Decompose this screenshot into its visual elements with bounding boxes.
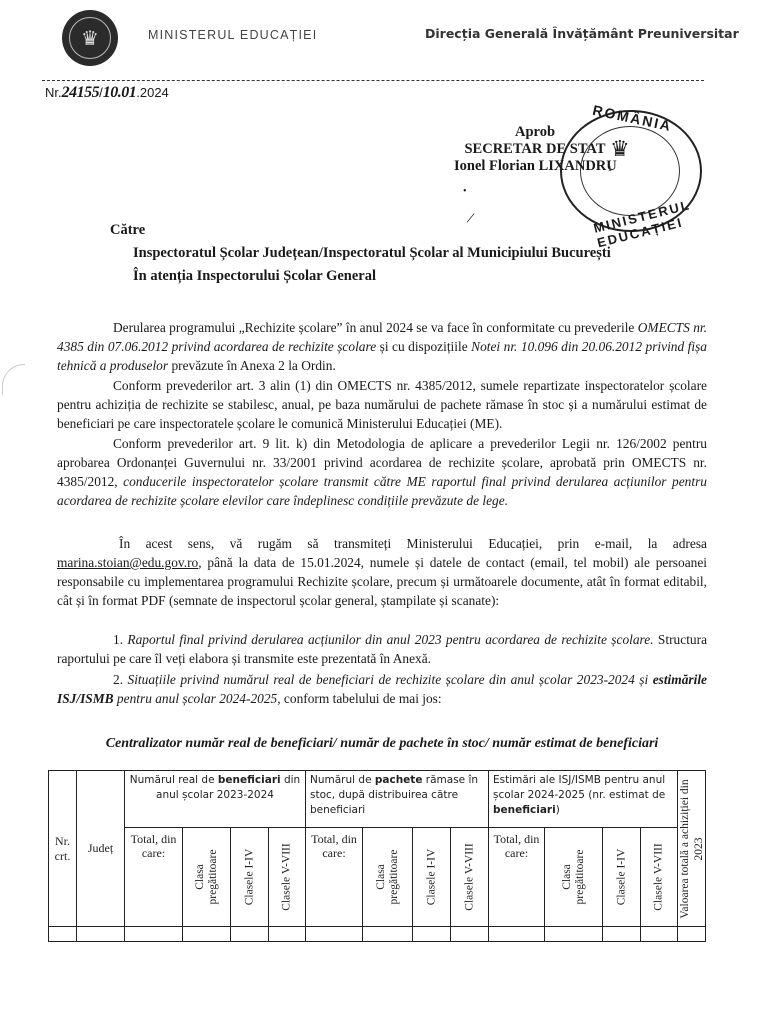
g2-post: ): [556, 804, 560, 816]
approval-name: Ionel Florian LIXANDRU: [454, 158, 630, 175]
reg-prefix: Nr.: [45, 85, 62, 100]
approval-title: SECRETAR DE STAT: [440, 141, 630, 158]
item2-title-2: pentru anul școlar 2024-2025: [114, 691, 278, 706]
sub-gymnasium-1: Clasele V-VIII: [269, 828, 306, 927]
sub-prep-1: Clasa pregătitoare: [183, 828, 231, 927]
sub-prep-2: Clasa pregătitoare: [363, 828, 413, 927]
directorate-name: Direcția Generală Învățământ Preuniversi…: [425, 26, 739, 41]
item2-text: , conform tabelului de mai jos:: [277, 691, 441, 706]
table-cell: [678, 927, 706, 942]
header-judet: Județ: [77, 771, 125, 927]
table-cell: [363, 927, 413, 942]
p1-text-2: și cu dispozițiile: [376, 339, 471, 354]
addressee-label: Către: [110, 222, 145, 239]
table-cell: [49, 927, 77, 942]
table-cell: [183, 927, 231, 942]
item2-number: 2.: [113, 672, 128, 687]
g1-pre: Numărul de: [310, 774, 375, 786]
sub-primary-1: Clasele I-IV: [231, 828, 269, 927]
g2-pre: Estimări ale ISJ/ISMB pentru anul școlar…: [493, 774, 665, 801]
sub-primary-2-label: Clasele I-IV: [425, 849, 438, 906]
header-divider: [42, 80, 704, 81]
paragraph-2: Conform prevederilor art. 3 alin (1) din…: [57, 376, 707, 433]
table-cell: [125, 927, 183, 942]
reg-number: 24155: [62, 84, 100, 101]
eagle-icon: ♛: [69, 17, 111, 59]
header-total-value: Valoarea totală a achiziției din 2023: [678, 771, 706, 927]
registration-number: Nr.24155/10.01.2024: [45, 84, 169, 102]
table-cell: [269, 927, 306, 942]
table-cell: [77, 927, 125, 942]
paragraph-1: Derularea programului „Rechizite școlare…: [57, 318, 707, 375]
table-header-row-2: Total, din care: Clasa pregătitoare Clas…: [49, 828, 706, 927]
item1-title: Raportul final privind derularea acțiuni…: [127, 632, 653, 647]
table-cell: [413, 927, 451, 942]
sub-total-1: Total, din care:: [125, 828, 183, 927]
item1-number: 1.: [113, 632, 127, 647]
sub-prep-2-label: Clasa pregătitoare: [375, 842, 401, 912]
total-value-label: Valoarea totală a achiziției din 2023: [678, 779, 706, 919]
sub-total-3: Total, din care:: [489, 828, 545, 927]
header-nr: Nr. crt.: [49, 771, 77, 927]
list-item-2: 2. Situațiile privind numărul real de be…: [57, 670, 707, 708]
sub-gymnasium-1-label: Clasele V-VIII: [281, 843, 294, 910]
table-title: Centralizator număr real de beneficiari/…: [57, 736, 707, 752]
punch-hole-mark: [2, 364, 25, 395]
table-cell: [451, 927, 489, 942]
sub-prep-1-label: Clasa pregătitoare: [194, 842, 220, 912]
sub-prep-3-label: Clasa pregătitoare: [561, 842, 587, 912]
p4-text: În acest sens, vă rugăm să transmiteți M…: [119, 536, 707, 551]
table-header-row-1: Nr. crt. Județ Numărul real de beneficia…: [49, 771, 706, 828]
p1-text: Derularea programului „Rechizite școlare…: [113, 320, 638, 335]
government-emblem: ♛: [62, 10, 118, 66]
item2-title: Situațiile privind numărul real de benef…: [128, 672, 653, 687]
sub-prep-3: Clasa pregătitoare: [545, 828, 603, 927]
sub-gymnasium-3-label: Clasele V-VIII: [653, 843, 666, 910]
g2-bold: beneficiari: [493, 804, 556, 816]
approval-block: Aprob SECRETAR DE STAT Ionel Florian LIX…: [440, 124, 630, 175]
table-cell: [641, 927, 678, 942]
g1-bold: pachete: [375, 774, 423, 786]
ink-mark: •: [463, 186, 467, 197]
recipient: Inspectoratul Școlar Județean/Inspectora…: [133, 245, 611, 262]
header-group-estimates: Estimări ale ISJ/ISMB pentru anul școlar…: [489, 771, 678, 828]
table-row: [49, 927, 706, 942]
sub-primary-3: Clasele I-IV: [603, 828, 641, 927]
g0-bold: beneficiari: [218, 774, 281, 786]
centralizer-table: Nr. crt. Județ Numărul real de beneficia…: [48, 770, 706, 942]
table-cell: [306, 927, 363, 942]
table-cell: [231, 927, 269, 942]
list-item-1: 1. Raportul final privind derularea acți…: [57, 630, 707, 668]
table-cell: [545, 927, 603, 942]
ministry-name: MINISTERUL EDUCAȚIEI: [148, 28, 317, 42]
header-group-beneficiaries: Numărul real de beneficiari din anul șco…: [125, 771, 306, 828]
sub-primary-2: Clasele I-IV: [413, 828, 451, 927]
sub-primary-3-label: Clasele I-IV: [615, 849, 628, 906]
header-group-packages: Numărul de pachete rămase în stoc, după …: [306, 771, 489, 828]
table-body: [49, 927, 706, 942]
sub-gymnasium-2: Clasele V-VIII: [451, 828, 489, 927]
p3-italic-text: conducerile inspectoratelor școlare tran…: [57, 474, 707, 508]
signature-stroke: /: [465, 210, 475, 228]
email-link[interactable]: marina.stoian@edu.gov.ro: [57, 555, 198, 570]
sub-gymnasium-2-label: Clasele V-VIII: [463, 843, 476, 910]
p1-text-3: prevăzute în Anexa 2 la Ordin.: [168, 358, 336, 373]
sub-total-2: Total, din care:: [306, 828, 363, 927]
sub-primary-1-label: Clasele I-IV: [243, 849, 256, 906]
attention-line: În atenția Inspectorului Școlar General: [133, 268, 376, 285]
approval-label: Aprob: [440, 124, 630, 141]
paragraph-4: În acest sens, vă rugăm să transmiteți M…: [57, 534, 707, 610]
reg-date: 10.01: [103, 84, 137, 101]
paragraph-3: Conform prevederilor art. 9 lit. k) din …: [57, 434, 707, 510]
reg-year: .2024: [136, 85, 169, 100]
table-cell: [603, 927, 641, 942]
g0-pre: Numărul real de: [130, 774, 218, 786]
table-cell: [489, 927, 545, 942]
sub-gymnasium-3: Clasele V-VIII: [641, 828, 678, 927]
